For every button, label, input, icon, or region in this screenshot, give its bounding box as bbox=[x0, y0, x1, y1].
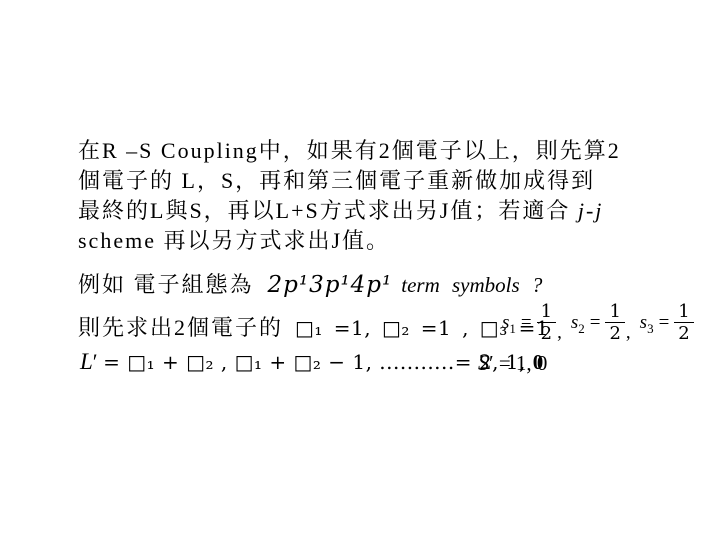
s-prime-base: S bbox=[478, 350, 489, 375]
comma-separator: , bbox=[557, 322, 562, 344]
equals-sign: = bbox=[590, 312, 601, 334]
l-prime-line: L′ = □₁ + □₂ , □₁ + □₂ − 1, ...........=… bbox=[80, 349, 543, 375]
equals-sign: = bbox=[659, 312, 670, 334]
fraction-denominator: 2 bbox=[541, 323, 552, 344]
s-base: s bbox=[640, 312, 647, 334]
fraction-numerator: 1 bbox=[605, 301, 624, 323]
equals-sign: = bbox=[521, 312, 532, 334]
jj-scheme-italic: j-j bbox=[578, 198, 604, 223]
s-prime-body: = 1, 0 bbox=[499, 351, 548, 375]
paragraph-line-4: scheme 再以另方式求出J值。 bbox=[78, 226, 664, 256]
l-prime-base: L bbox=[80, 349, 93, 374]
paragraph: 在R –S Coupling中，如果有2個電子以上，則先算2 個電子的 L，S，… bbox=[78, 136, 664, 256]
paragraph-line-2: 個電子的 L，S，再和第三個電子重新做加成得到 bbox=[78, 166, 664, 196]
slide: 在R –S Coupling中，如果有2個電子以上，則先算2 個電子的 L，S，… bbox=[0, 0, 720, 540]
example-prefix: 例如 電子組態為 bbox=[78, 272, 254, 297]
paragraph-line-3: 最終的L與S，再以L+S方式求出另J值；若適合 j-j bbox=[78, 196, 664, 226]
comma-separator: , bbox=[626, 322, 631, 344]
paragraph-line-3-text: 最終的L與S，再以L+S方式求出另J值；若適合 bbox=[78, 198, 578, 223]
electron-configuration-formula: 2p¹3p¹4p¹ bbox=[268, 272, 393, 298]
s-term-1: s1 = 1 2 , bbox=[502, 301, 562, 344]
fraction: 1 2 bbox=[537, 301, 556, 344]
example-line: 例如 電子組態為2p¹3p¹4p¹term symbols ? bbox=[78, 268, 542, 299]
fraction-denominator: 2 bbox=[678, 323, 689, 344]
s-prime-line: S′ = 1, 0 bbox=[478, 350, 547, 376]
s-subscript: 3 bbox=[647, 321, 654, 337]
s-term-3: s3 = 1 2 bbox=[640, 301, 695, 344]
fraction: 1 2 bbox=[605, 301, 624, 344]
s-subscript: 1 bbox=[509, 321, 516, 337]
s-base: s bbox=[502, 312, 509, 334]
fraction-numerator: 1 bbox=[674, 301, 693, 323]
prime-mark: ′ bbox=[489, 351, 494, 375]
fraction-numerator: 1 bbox=[537, 301, 556, 323]
l-values-prefix: 則先求出2個電子的 bbox=[78, 315, 283, 340]
s-base: s bbox=[571, 312, 578, 334]
s-term-2: s2 = 1 2 , bbox=[571, 301, 631, 344]
fraction-denominator: 2 bbox=[609, 323, 620, 344]
fraction: 1 2 bbox=[674, 301, 693, 344]
l-values-line: 則先求出2個電子的□₁ =1, □₂ =1 , □₃ =1 bbox=[78, 311, 549, 342]
s-values-group: s1 = 1 2 , s2 = 1 2 , s3 = 1 2 bbox=[502, 301, 704, 344]
term-symbols-question: term symbols ? bbox=[401, 273, 542, 297]
paragraph-line-1: 在R –S Coupling中，如果有2個電子以上，則先算2 bbox=[78, 136, 664, 166]
l-prime-body: = □₁ + □₂ , □₁ + □₂ − 1, ...........= 2,… bbox=[103, 350, 533, 374]
prime-mark: ′ bbox=[93, 349, 98, 374]
s-subscript: 2 bbox=[578, 321, 585, 337]
